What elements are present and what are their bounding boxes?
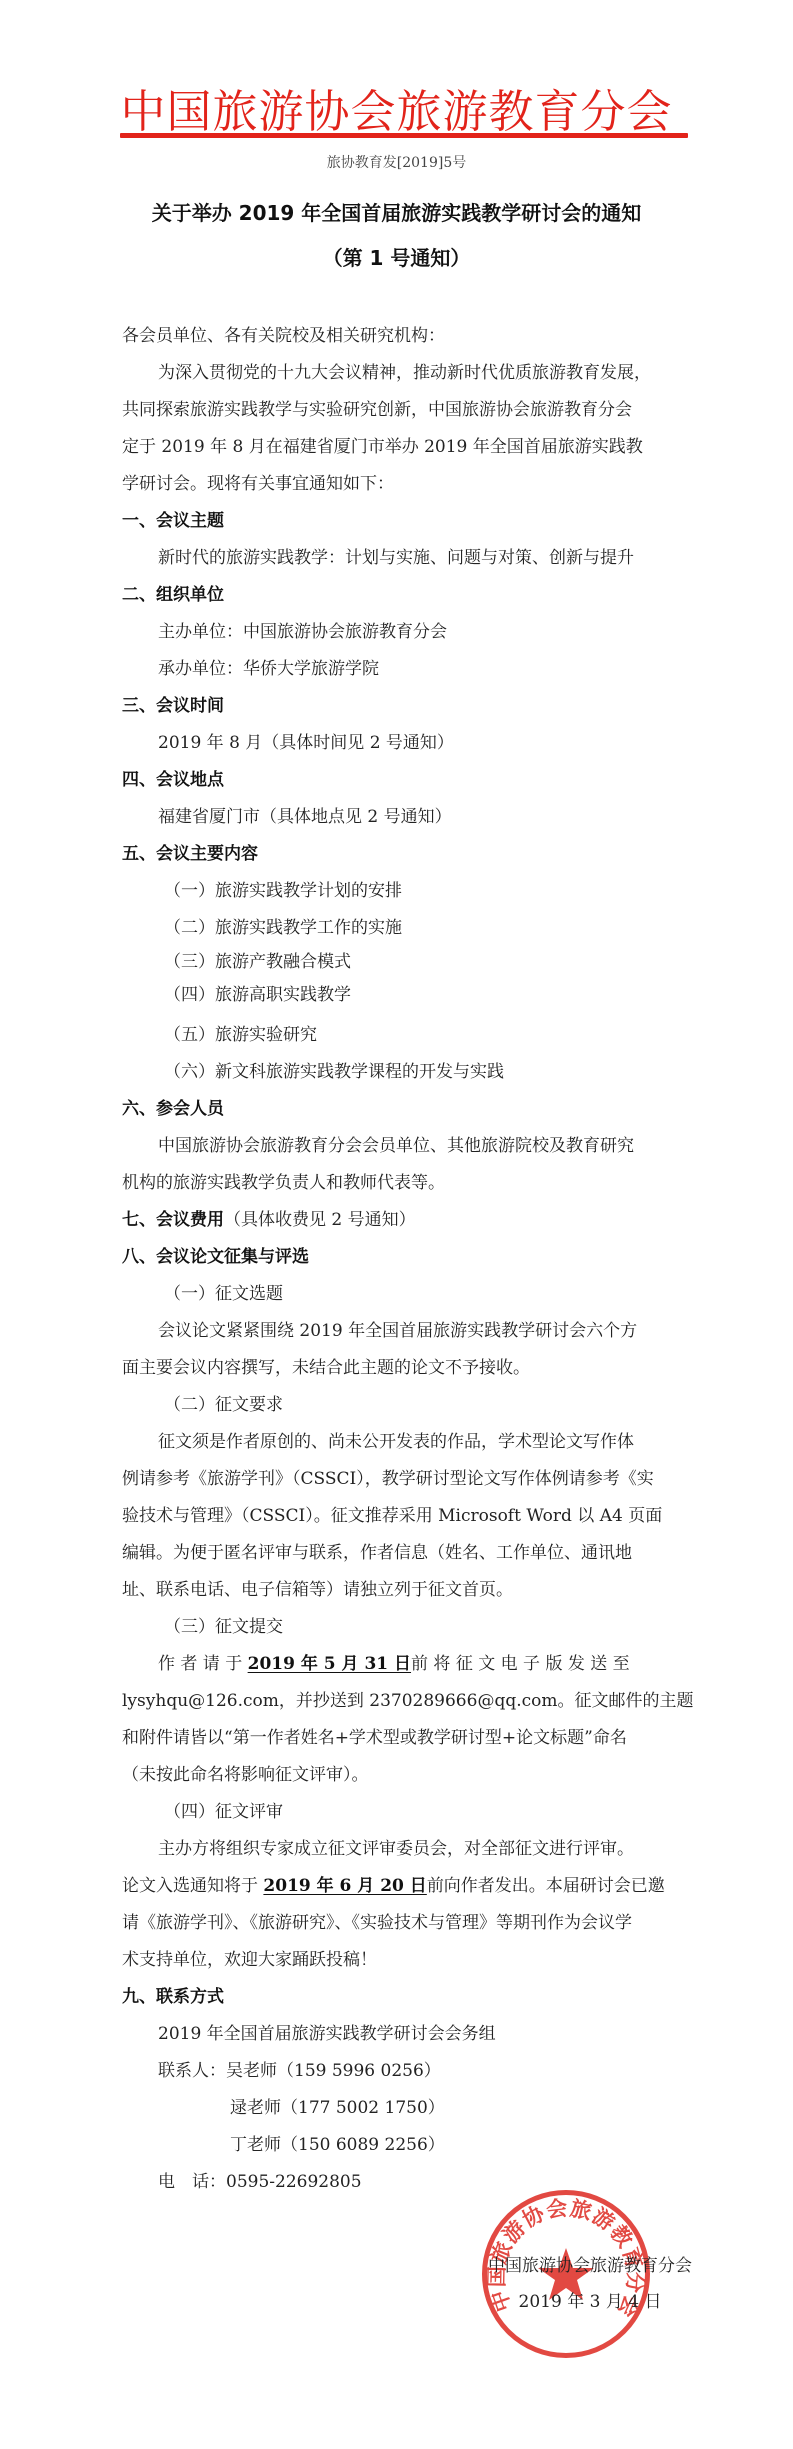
contact-name: 吴老师 (226, 2061, 277, 2081)
review-line: 主办方将组织专家成立征文评审委员会，对全部征文进行评审。 (122, 1831, 684, 1868)
submission-suffix: 前 将 征 文 电 子 版 发 送 至 (411, 1654, 630, 1674)
contact-row: 联系人：吴老师（159 5996 0256） (122, 2053, 684, 2090)
paper-requirement-line: 址、联系电话、电子信箱等）请独立列于征文首页。 (122, 1572, 684, 1609)
review-prefix: 论文入选通知将于 (122, 1876, 263, 1896)
review-line: 论文入选通知将于 2019 年 6 月 20 日前向作者发出。本届研讨会已邀 (122, 1868, 684, 1905)
paper-requirement-line: 例请参考《旅游学刊》（CSSCI），教学研讨型论文写作体例请参考《实 (122, 1461, 684, 1498)
submission-line: （未按此命名将影响征文评审）。 (122, 1757, 684, 1794)
section-heading-location: 四、会议地点 (122, 762, 684, 799)
content-item: （五）旅游实验研究 (122, 1017, 684, 1054)
section-heading-fees: 七、会议费用（具体收费见 2 号通知） (122, 1202, 684, 1239)
content-item: （二）旅游实践教学工作的实施 (122, 910, 684, 947)
papers-sub-heading: （二）征文要求 (122, 1387, 684, 1424)
host-unit: 主办单位：中国旅游协会旅游教育分会 (122, 614, 684, 651)
fees-heading: 七、会议费用 (122, 1210, 224, 1230)
meeting-location: 福建省厦门市（具体地点见 2 号通知） (122, 799, 684, 836)
content-item: （三）旅游产教融合模式 (122, 947, 684, 977)
masthead-red-rule (120, 133, 688, 138)
fees-note: （具体收费见 2 号通知） (224, 1210, 416, 1230)
content-item: （六）新文科旅游实践教学课程的开发与实践 (122, 1054, 684, 1091)
review-line: 术支持单位，欢迎大家踊跃投稿！ (122, 1942, 684, 1979)
submission-line: 作 者 请 于 2019 年 5 月 31 日前 将 征 文 电 子 版 发 送… (122, 1646, 684, 1683)
review-suffix: 前向作者发出。本届研讨会已邀 (427, 1876, 665, 1896)
contact-phone: （159 5996 0256） (277, 2061, 441, 2081)
content-item: （一）旅游实践教学计划的安排 (122, 873, 684, 910)
signature-date: 2019 年 3 月 4 日 (440, 2284, 740, 2320)
paper-topic-line: 面主要会议内容撰写，未结合此主题的论文不予接收。 (122, 1350, 684, 1387)
review-notify-date: 2019 年 6 月 20 日 (263, 1876, 426, 1896)
submission-deadline: 2019 年 5 月 31 日 (248, 1654, 411, 1674)
section-heading-content: 五、会议主要内容 (122, 836, 684, 873)
organizer-unit: 承办单位：华侨大学旅游学院 (122, 651, 684, 688)
contact-row: 丁老师（150 6089 2256） (122, 2127, 684, 2164)
phone-label: 电 话： (158, 2172, 226, 2192)
contact-phone: （177 5002 1750） (281, 2098, 445, 2118)
contact-row: 逯老师（177 5002 1750） (122, 2090, 684, 2127)
contact-name: 丁老师 (230, 2135, 281, 2155)
contact-group: 2019 年全国首届旅游实践教学研讨会会务组 (122, 2016, 684, 2053)
document-title: 关于举办 2019 年全国首届旅游实践教学研讨会的通知 (0, 198, 793, 228)
section-heading-attendees: 六、参会人员 (122, 1091, 684, 1128)
signature-block: 中国旅游协会旅游教育分会 2019 年 3 月 4 日 (440, 2248, 740, 2320)
document-body: 各会员单位、各有关院校及相关研究机构： 为深入贯彻党的十九大会议精神，推动新时代… (122, 318, 684, 2201)
document-number: 旅协教育发[2019]5号 (0, 153, 793, 173)
review-line: 请《旅游学刊》、《旅游研究》、《实验技术与管理》等期刊作为会议学 (122, 1905, 684, 1942)
intro-line: 为深入贯彻党的十九大会议精神，推动新时代优质旅游教育发展， (122, 355, 684, 392)
signature-org: 中国旅游协会旅游教育分会 (440, 2248, 740, 2284)
submission-email-line: lysyhqu@126.com，并抄送到 2370289666@qq.com。征… (122, 1683, 684, 1720)
meeting-time: 2019 年 8 月（具体时间见 2 号通知） (122, 725, 684, 762)
intro-line: 学研讨会。现将有关事宜通知如下： (122, 466, 684, 503)
paper-requirement-line: 编辑。为便于匿名评审与联系，作者信息（姓名、工作单位、通讯地 (122, 1535, 684, 1572)
papers-sub-heading: （四）征文评审 (122, 1794, 684, 1831)
intro-line: 共同探索旅游实践教学与实验研究创新，中国旅游协会旅游教育分会 (122, 392, 684, 429)
papers-sub-heading: （三）征文提交 (122, 1609, 684, 1646)
section-heading-contact: 九、联系方式 (122, 1979, 684, 2016)
contact-phone: （150 6089 2256） (281, 2135, 445, 2155)
paper-requirement-line: 征文须是作者原创的、尚未公开发表的作品，学术型论文写作体 (122, 1424, 684, 1461)
attendees-line: 机构的旅游实践教学负责人和教师代表等。 (122, 1165, 684, 1202)
submission-prefix: 作 者 请 于 (158, 1654, 248, 1674)
theme-text: 新时代的旅游实践教学：计划与实施、问题与对策、创新与提升 (122, 540, 684, 577)
phone-number: 0595-22692805 (226, 2172, 362, 2192)
salutation: 各会员单位、各有关院校及相关研究机构： (122, 318, 684, 355)
submission-line: 和附件请皆以“第一作者姓名+学术型或教学研讨型+论文标题”命名 (122, 1720, 684, 1757)
document-subtitle: （第 1 号通知） (0, 243, 793, 273)
paper-requirement-line: 验技术与管理》（CSSCI）。征文推荐采用 Microsoft Word 以 A… (122, 1498, 684, 1535)
attendees-line: 中国旅游协会旅游教育分会会员单位、其他旅游院校及教育研究 (122, 1128, 684, 1165)
section-heading-papers: 八、会议论文征集与评选 (122, 1239, 684, 1276)
contact-label: 联系人： (158, 2061, 226, 2081)
papers-sub-heading: （一）征文选题 (122, 1276, 684, 1313)
section-heading-organizers: 二、组织单位 (122, 577, 684, 614)
content-item: （四）旅游高职实践教学 (122, 977, 684, 1017)
contact-name: 逯老师 (230, 2098, 281, 2118)
section-heading-time: 三、会议时间 (122, 688, 684, 725)
intro-line: 定于 2019 年 8 月在福建省厦门市举办 2019 年全国首届旅游实践教 (122, 429, 684, 466)
section-heading-theme: 一、会议主题 (122, 503, 684, 540)
document-page: 中国旅游协会旅游教育分会 旅协教育发[2019]5号 关于举办 2019 年全国… (0, 0, 793, 2449)
masthead-org-name: 中国旅游协会旅游教育分会 (0, 84, 793, 140)
paper-topic-line: 会议论文紧紧围绕 2019 年全国首届旅游实践教学研讨会六个方 (122, 1313, 684, 1350)
